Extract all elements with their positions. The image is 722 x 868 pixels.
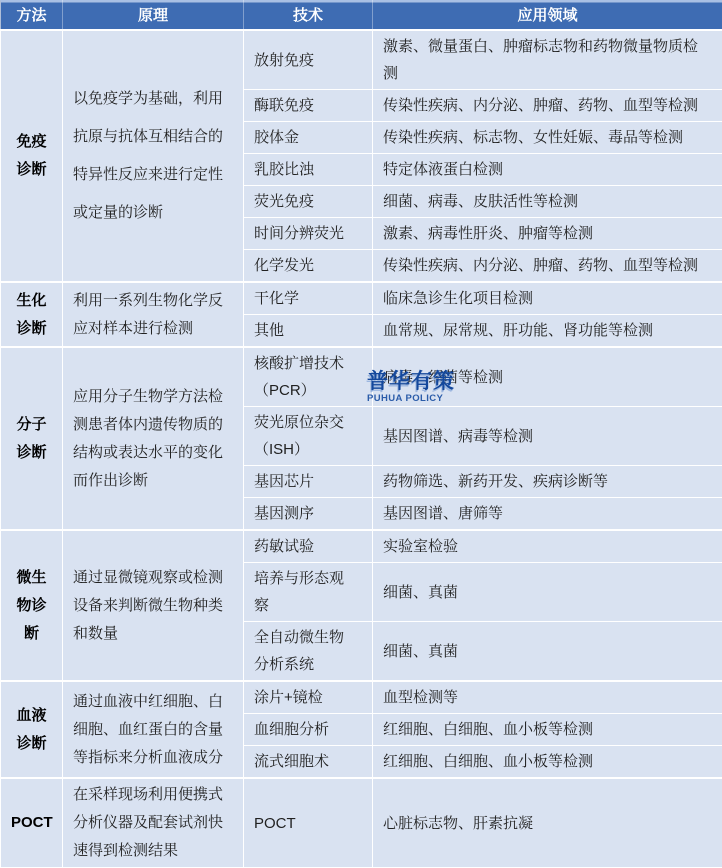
application-cell: 病毒、细菌等检测 [373,347,722,407]
application-cell: 基因图谱、病毒等检测 [373,407,722,466]
application-cell: 特定体液蛋白检测 [373,154,722,186]
tech-cell: 荧光免疫 [244,186,373,218]
principle-cell: 通过显微镜观察或检测设备来判断微生物种类和数量 [63,530,244,681]
principle-cell: 以免疫学为基础，利用抗原与抗体互相结合的特异性反应来进行定性或定量的诊断 [63,30,244,282]
col-header-principle: 原理 [63,0,244,30]
principle-cell: 应用分子生物学方法检测患者体内遗传物质的结构或表达水平的变化而作出诊断 [63,347,244,530]
table-row: 免疫诊断以免疫学为基础，利用抗原与抗体互相结合的特异性反应来进行定性或定量的诊断… [1,30,722,90]
tech-cell: 基因芯片 [244,466,373,498]
table-row: 微生物诊断通过显微镜观察或检测设备来判断微生物种类和数量药敏试验实验室检验 [1,530,722,563]
tech-cell: 荧光原位杂交（ISH） [244,407,373,466]
diagnosis-methods-table: 方法原理技术应用领域 免疫诊断以免疫学为基础，利用抗原与抗体互相结合的特异性反应… [0,0,722,868]
tech-cell: 胶体金 [244,122,373,154]
application-cell: 红细胞、白细胞、血小板等检测 [373,714,722,746]
col-header-method: 方法 [1,0,63,30]
application-cell: 药物筛选、新药开发、疾病诊断等 [373,466,722,498]
principle-cell: 利用一系列生物化学反应对样本进行检测 [63,282,244,347]
tech-cell: 其他 [244,315,373,348]
tech-cell: POCT [244,778,373,868]
header-row: 方法原理技术应用领域 [1,0,722,30]
method-cell: 生化诊断 [1,282,63,347]
application-cell: 激素、微量蛋白、肿瘤标志物和药物微量物质检测 [373,30,722,90]
tech-cell: 乳胶比浊 [244,154,373,186]
tech-cell: 核酸扩增技术（PCR） [244,347,373,407]
application-cell: 细菌、真菌 [373,622,722,682]
tech-cell: 药敏试验 [244,530,373,563]
tech-cell: 全自动微生物分析系统 [244,622,373,682]
application-cell: 细菌、真菌 [373,563,722,622]
principle-cell: 通过血液中红细胞、白细胞、血红蛋白的含量等指标来分析血液成分 [63,681,244,778]
tech-cell: 血细胞分析 [244,714,373,746]
application-cell: 实验室检验 [373,530,722,563]
col-header-application: 应用领域 [373,0,722,30]
application-cell: 红细胞、白细胞、血小板等检测 [373,746,722,779]
tech-cell: 培养与形态观察 [244,563,373,622]
tech-cell: 流式细胞术 [244,746,373,779]
application-cell: 基因图谱、唐筛等 [373,498,722,531]
method-cell: POCT [1,778,63,868]
method-cell: 微生物诊断 [1,530,63,681]
tech-cell: 酶联免疫 [244,90,373,122]
method-cell: 分子诊断 [1,347,63,530]
application-cell: 临床急诊生化项目检测 [373,282,722,315]
application-cell: 激素、病毒性肝炎、肿瘤等检测 [373,218,722,250]
application-cell: 传染性疾病、内分泌、肿瘤、药物、血型等检测 [373,90,722,122]
table-row: 血液诊断通过血液中红细胞、白细胞、血红蛋白的含量等指标来分析血液成分涂片+镜检血… [1,681,722,714]
application-cell: 血型检测等 [373,681,722,714]
tech-cell: 干化学 [244,282,373,315]
tech-cell: 时间分辨荧光 [244,218,373,250]
method-cell: 血液诊断 [1,681,63,778]
application-cell: 传染性疾病、内分泌、肿瘤、药物、血型等检测 [373,250,722,283]
tech-cell: 涂片+镜检 [244,681,373,714]
application-cell: 传染性疾病、标志物、女性妊娠、毒品等检测 [373,122,722,154]
principle-cell: 在采样现场利用便携式分析仪器及配套试剂快速得到检测结果 [63,778,244,868]
application-cell: 血常规、尿常规、肝功能、肾功能等检测 [373,315,722,348]
tech-cell: 化学发光 [244,250,373,283]
tech-cell: 基因测序 [244,498,373,531]
method-cell: 免疫诊断 [1,30,63,282]
application-cell: 心脏标志物、肝素抗凝 [373,778,722,868]
col-header-technology: 技术 [244,0,373,30]
table-row: 分子诊断应用分子生物学方法检测患者体内遗传物质的结构或表达水平的变化而作出诊断核… [1,347,722,407]
table-row: POCT在采样现场利用便携式分析仪器及配套试剂快速得到检测结果POCT心脏标志物… [1,778,722,868]
table-body: 免疫诊断以免疫学为基础，利用抗原与抗体互相结合的特异性反应来进行定性或定量的诊断… [1,30,722,868]
tech-cell: 放射免疫 [244,30,373,90]
application-cell: 细菌、病毒、皮肤活性等检测 [373,186,722,218]
table-row: 生化诊断利用一系列生物化学反应对样本进行检测干化学临床急诊生化项目检测 [1,282,722,315]
